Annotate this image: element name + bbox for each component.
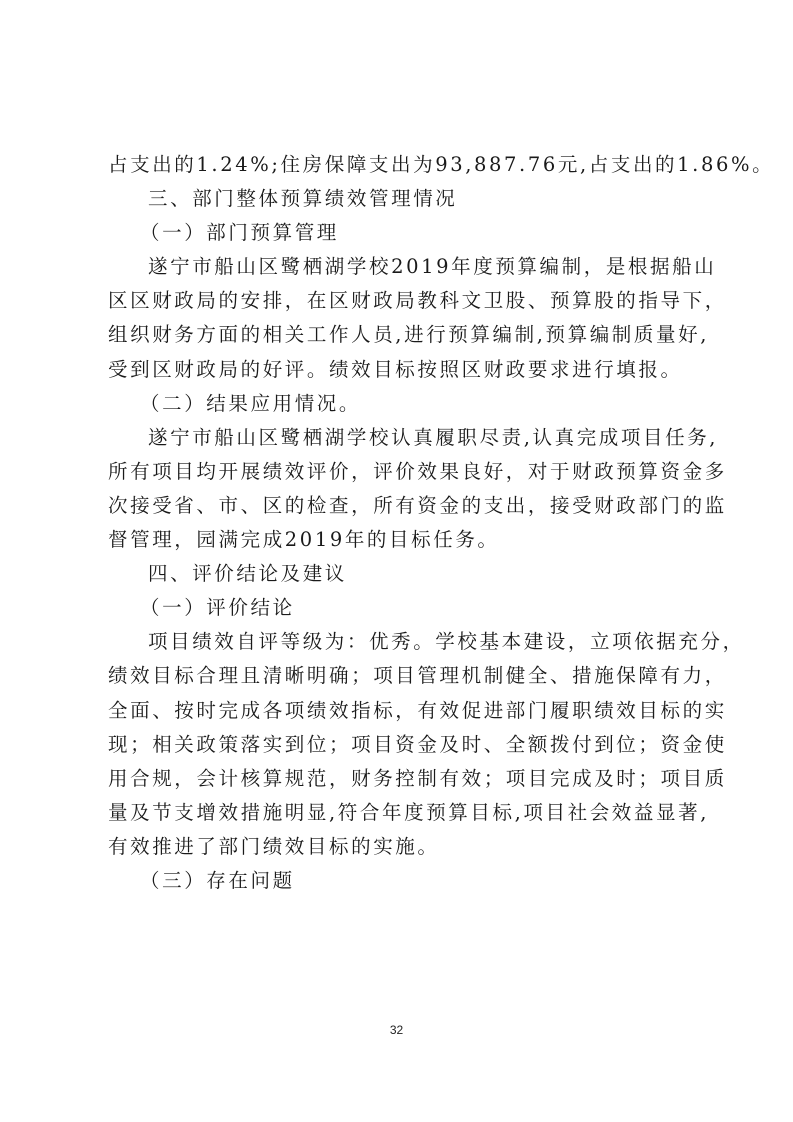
subsection-heading-evaluation-conclusion: （一）评价结论 (108, 591, 694, 625)
paragraph-line: 督管理，园满完成2019年的目标任务。 (108, 523, 694, 557)
paragraph-line: 组织财务方面的相关工作人员,进行预算编制,预算编制质量好, (108, 318, 694, 352)
paragraph-continuation-line: 占支出的1.24%;住房保障支出为93,887.76元,占支出的1.86%。 (108, 148, 694, 182)
subsection-heading-results-application: （二）结果应用情况。 (108, 387, 694, 421)
paragraph-line: 遂宁市船山区鹭栖湖学校认真履职尽责,认真完成项目任务, (108, 421, 694, 455)
subsection-heading-budget-management: （一）部门预算管理 (108, 216, 694, 250)
section-heading-3: 三、部门整体预算绩效管理情况 (108, 182, 694, 216)
paragraph-line: 有效推进了部门绩效目标的实施。 (108, 830, 694, 864)
paragraph-line: 现；相关政策落实到位；项目资金及时、全额拨付到位；资金使 (108, 728, 694, 762)
subsection-heading-existing-problems: （三）存在问题 (108, 864, 694, 898)
paragraph-line: 区区财政局的安排，在区财政局教科文卫股、预算股的指导下， (108, 284, 694, 318)
paragraph-line: 次接受省、市、区的检查，所有资金的支出，接受财政部门的监 (108, 489, 694, 523)
page-number: 32 (0, 1023, 793, 1037)
paragraph-line: 用合规，会计核算规范，财务控制有效；项目完成及时；项目质 (108, 762, 694, 796)
paragraph-line: 绩效目标合理且清晰明确；项目管理机制健全、措施保障有力， (108, 659, 694, 693)
document-body: 占支出的1.24%;住房保障支出为93,887.76元,占支出的1.86%。 三… (108, 148, 694, 898)
paragraph-line: 受到区财政局的好评。绩效目标按照区财政要求进行填报。 (108, 353, 694, 387)
paragraph-line: 项目绩效自评等级为：优秀。学校基本建设，立项依据充分， (108, 625, 694, 659)
paragraph-line: 所有项目均开展绩效评价，评价效果良好，对于财政预算资金多 (108, 455, 694, 489)
paragraph-line: 全面、按时完成各项绩效指标，有效促进部门履职绩效目标的实 (108, 694, 694, 728)
paragraph-line: 量及节支增效措施明显,符合年度预算目标,项目社会效益显著, (108, 796, 694, 830)
paragraph-line: 遂宁市船山区鹭栖湖学校2019年度预算编制，是根据船山 (108, 250, 694, 284)
section-heading-4: 四、评价结论及建议 (108, 557, 694, 591)
